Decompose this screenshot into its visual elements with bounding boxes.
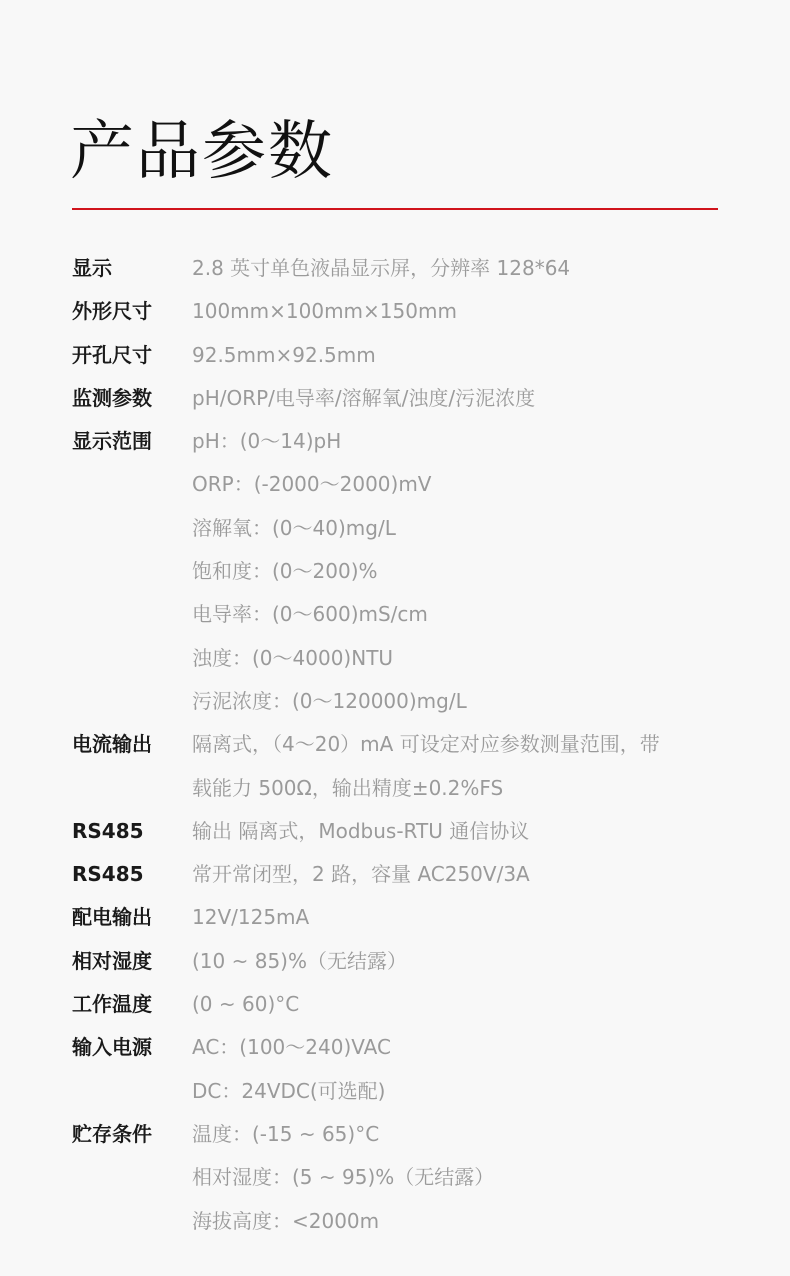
spec-row: 输入电源AC：(100～240)VACDC：24VDC(可选配) bbox=[72, 1026, 732, 1113]
spec-value: 2.8 英寸单色液晶显示屏，分辨率 128*64 bbox=[192, 247, 732, 290]
spec-label: 外形尺寸 bbox=[72, 290, 192, 333]
spec-value: 92.5mm×92.5mm bbox=[192, 334, 732, 377]
spec-label: 显示 bbox=[72, 247, 192, 290]
title-divider bbox=[72, 208, 718, 210]
spec-value: 浊度：(0～4000)NTU bbox=[192, 637, 732, 680]
page-title: 产品参数 bbox=[70, 112, 334, 192]
spec-values: AC：(100～240)VACDC：24VDC(可选配) bbox=[192, 1026, 732, 1113]
spec-value: pH：(0～14)pH bbox=[192, 420, 732, 463]
spec-label: RS485 bbox=[72, 853, 192, 896]
spec-value: 饱和度：(0～200)% bbox=[192, 550, 732, 593]
spec-label: 开孔尺寸 bbox=[72, 334, 192, 377]
spec-values: (0 ~ 60)°C bbox=[192, 983, 732, 1026]
spec-label: RS485 bbox=[72, 810, 192, 853]
spec-row: 外形尺寸100mm×100mm×150mm bbox=[72, 290, 732, 333]
spec-values: 温度：(-15 ~ 65)°C相对湿度：(5 ~ 95)%（无结露）海拔高度：<… bbox=[192, 1113, 732, 1243]
spec-values: 12V/125mA bbox=[192, 896, 732, 939]
spec-value: 电导率：(0～600)mS/cm bbox=[192, 593, 732, 636]
spec-values: pH：(0～14)pHORP：(-2000～2000)mV溶解氧：(0～40)m… bbox=[192, 420, 732, 723]
spec-label: 电流输出 bbox=[72, 723, 192, 810]
spec-table: 显示2.8 英寸单色液晶显示屏，分辨率 128*64外形尺寸100mm×100m… bbox=[72, 247, 732, 1243]
spec-values: 100mm×100mm×150mm bbox=[192, 290, 732, 333]
spec-value: DC：24VDC(可选配) bbox=[192, 1070, 732, 1113]
spec-value: 相对湿度：(5 ~ 95)%（无结露） bbox=[192, 1156, 732, 1199]
spec-values: (10 ~ 85)%（无结露） bbox=[192, 940, 732, 983]
spec-values: 输出 隔离式，Modbus-RTU 通信协议 bbox=[192, 810, 732, 853]
spec-value: 100mm×100mm×150mm bbox=[192, 290, 732, 333]
spec-value: (10 ~ 85)%（无结露） bbox=[192, 940, 732, 983]
spec-value: pH/ORP/电导率/溶解氧/浊度/污泥浓度 bbox=[192, 377, 732, 420]
spec-row: 贮存条件温度：(-15 ~ 65)°C相对湿度：(5 ~ 95)%（无结露）海拔… bbox=[72, 1113, 732, 1243]
spec-value: 输出 隔离式，Modbus-RTU 通信协议 bbox=[192, 810, 732, 853]
spec-label: 监测参数 bbox=[72, 377, 192, 420]
spec-value: 温度：(-15 ~ 65)°C bbox=[192, 1113, 732, 1156]
spec-values: 常开常闭型，2 路，容量 AC250V/3A bbox=[192, 853, 732, 896]
spec-values: 隔离式，（4～20）mA 可设定对应参数测量范围，带载能力 500Ω，输出精度±… bbox=[192, 723, 732, 810]
spec-row: 配电输出12V/125mA bbox=[72, 896, 732, 939]
spec-label: 相对湿度 bbox=[72, 940, 192, 983]
spec-values: 2.8 英寸单色液晶显示屏，分辨率 128*64 bbox=[192, 247, 732, 290]
spec-value: 隔离式，（4～20）mA 可设定对应参数测量范围，带 bbox=[192, 723, 732, 766]
spec-value: (0 ~ 60)°C bbox=[192, 983, 732, 1026]
spec-value: 海拔高度：<2000m bbox=[192, 1200, 732, 1243]
spec-row: RS485输出 隔离式，Modbus-RTU 通信协议 bbox=[72, 810, 732, 853]
spec-row: 显示范围pH：(0～14)pHORP：(-2000～2000)mV溶解氧：(0～… bbox=[72, 420, 732, 723]
spec-value: 溶解氧：(0～40)mg/L bbox=[192, 507, 732, 550]
spec-value: 污泥浓度：(0～120000)mg/L bbox=[192, 680, 732, 723]
spec-value: 载能力 500Ω，输出精度±0.2%FS bbox=[192, 767, 732, 810]
spec-value: 常开常闭型，2 路，容量 AC250V/3A bbox=[192, 853, 732, 896]
spec-row: 相对湿度(10 ~ 85)%（无结露） bbox=[72, 940, 732, 983]
spec-label: 配电输出 bbox=[72, 896, 192, 939]
spec-values: 92.5mm×92.5mm bbox=[192, 334, 732, 377]
spec-label: 贮存条件 bbox=[72, 1113, 192, 1243]
spec-label: 输入电源 bbox=[72, 1026, 192, 1113]
spec-row: 监测参数pH/ORP/电导率/溶解氧/浊度/污泥浓度 bbox=[72, 377, 732, 420]
spec-row: 电流输出隔离式，（4～20）mA 可设定对应参数测量范围，带载能力 500Ω，输… bbox=[72, 723, 732, 810]
spec-value: ORP：(-2000～2000)mV bbox=[192, 463, 732, 506]
spec-label: 工作温度 bbox=[72, 983, 192, 1026]
spec-label: 显示范围 bbox=[72, 420, 192, 723]
spec-row: 开孔尺寸92.5mm×92.5mm bbox=[72, 334, 732, 377]
spec-values: pH/ORP/电导率/溶解氧/浊度/污泥浓度 bbox=[192, 377, 732, 420]
spec-row: 显示2.8 英寸单色液晶显示屏，分辨率 128*64 bbox=[72, 247, 732, 290]
spec-row: 工作温度(0 ~ 60)°C bbox=[72, 983, 732, 1026]
spec-row: RS485常开常闭型，2 路，容量 AC250V/3A bbox=[72, 853, 732, 896]
spec-value: 12V/125mA bbox=[192, 896, 732, 939]
spec-value: AC：(100～240)VAC bbox=[192, 1026, 732, 1069]
